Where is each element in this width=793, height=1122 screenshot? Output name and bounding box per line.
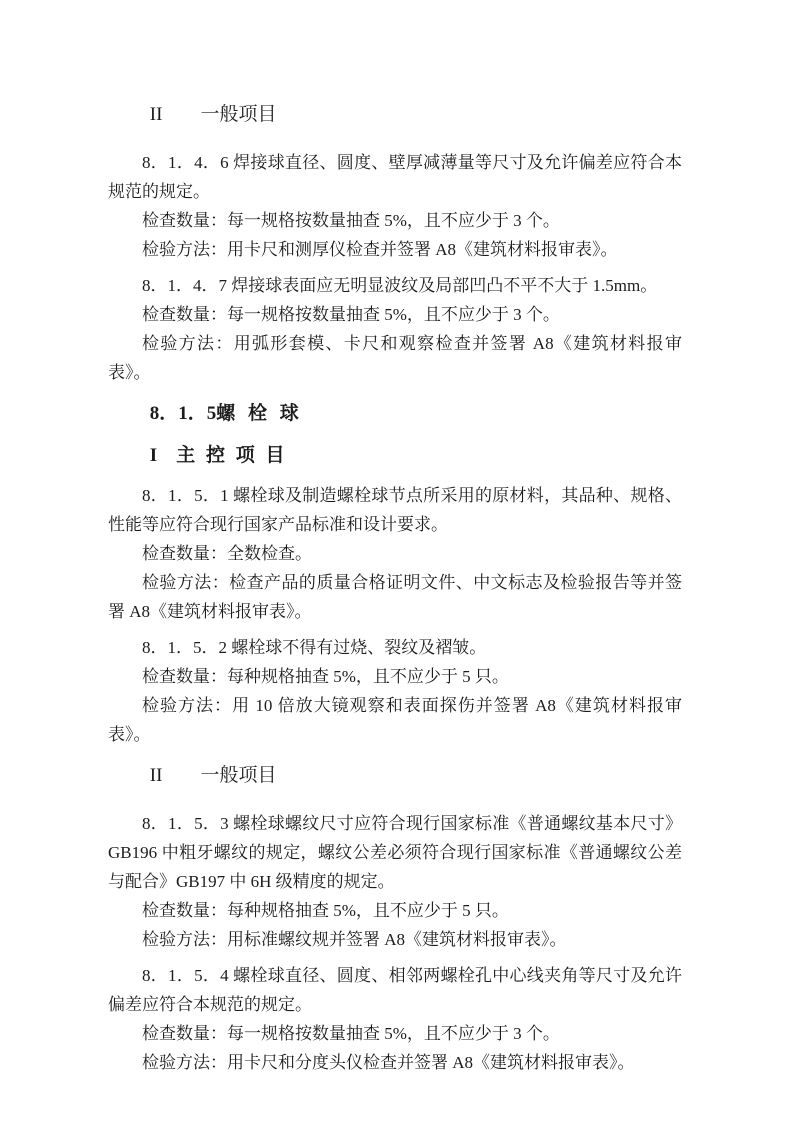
check-quantity-8-1-4-6: 检查数量：每一规格按数量抽查 5%，且不应少于 3 个。 bbox=[108, 206, 682, 235]
document-page: II 一般项目 8．1．4．6 焊接球直径、圆度、壁厚减薄量等尺寸及允许偏差应符… bbox=[0, 0, 793, 1122]
clause-8-1-4-7: 8．1．4．7 焊接球表面应无明显波纹及局部凹凸不平不大于 1.5mm。 bbox=[108, 271, 682, 300]
section-heading-general-items-1: II 一般项目 bbox=[108, 100, 682, 130]
clause-8-1-5-4: 8．1．5．4 螺栓球直径、圆度、相邻两螺栓孔中心线夹角等尺寸及允许偏差应符合本… bbox=[108, 961, 682, 1019]
check-method-8-1-5-1: 检验方法：检查产品的质量合格证明文件、中文标志及检验报告等并签署 A8《建筑材料… bbox=[108, 568, 682, 626]
check-quantity-8-1-5-2: 检查数量：每种规格抽查 5%，且不应少于 5 只。 bbox=[108, 662, 682, 691]
clause-8-1-5-2: 8．1．5．2 螺栓球不得有过烧、裂纹及褶皱。 bbox=[108, 633, 682, 662]
section-heading-dominant-items: I 主 控 项 目 bbox=[108, 441, 682, 471]
check-method-8-1-5-3: 检验方法：用标准螺纹规并签署 A8《建筑材料报审表》。 bbox=[108, 925, 682, 954]
check-method-8-1-4-7: 检验方法：用弧形套模、卡尺和观察检查并签署 A8《建筑材料报审表》。 bbox=[108, 329, 682, 387]
check-method-8-1-5-4: 检验方法：用卡尺和分度头仪检查并签署 A8《建筑材料报审表》。 bbox=[108, 1048, 682, 1077]
check-method-8-1-4-6: 检验方法：用卡尺和测厚仪检查并签署 A8《建筑材料报审表》。 bbox=[108, 235, 682, 264]
section-heading-8-1-5-bolt-ball: 8．1．5螺 栓 球 bbox=[108, 399, 682, 429]
check-quantity-8-1-5-1: 检查数量：全数检查。 bbox=[108, 539, 682, 568]
check-quantity-8-1-4-7: 检查数量：每一规格按数量抽查 5%，且不应少于 3 个。 bbox=[108, 300, 682, 329]
clause-8-1-5-3: 8．1．5．3 螺栓球螺纹尺寸应符合现行国家标准《普通螺纹基本尺寸》GB196 … bbox=[108, 809, 682, 896]
clause-8-1-4-6: 8．1．4．6 焊接球直径、圆度、壁厚减薄量等尺寸及允许偏差应符合本规范的规定。 bbox=[108, 148, 682, 206]
check-quantity-8-1-5-3: 检查数量：每种规格抽查 5%，且不应少于 5 只。 bbox=[108, 896, 682, 925]
clause-8-1-5-1: 8．1．5．1 螺栓球及制造螺栓球节点所采用的原材料，其品种、规格、性能等应符合… bbox=[108, 481, 682, 539]
check-method-8-1-5-2: 检验方法：用 10 倍放大镜观察和表面探伤并签署 A8《建筑材料报审表》。 bbox=[108, 691, 682, 749]
section-heading-general-items-2: II 一般项目 bbox=[108, 761, 682, 791]
check-quantity-8-1-5-4: 检查数量：每一规格按数量抽查 5%，且不应少于 3 个。 bbox=[108, 1019, 682, 1048]
